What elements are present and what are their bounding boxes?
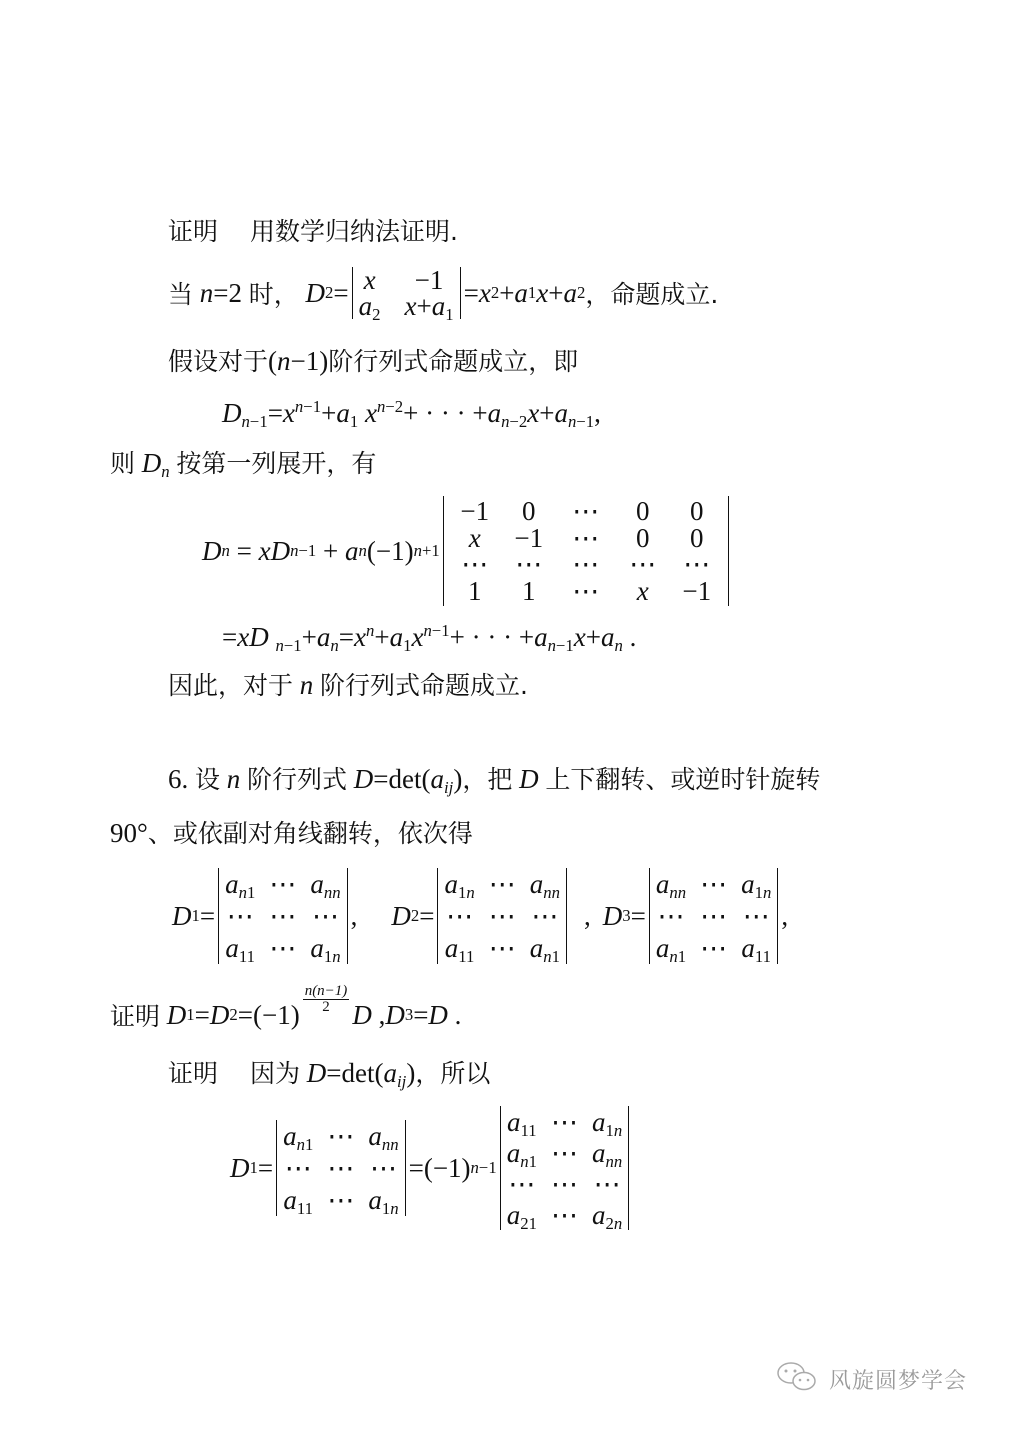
final-formula: D1= an1⋯ann ⋯⋯⋯ a11⋯a1n =(−1)n−1 a11⋯a1n… — [230, 1104, 632, 1232]
d1-determinant: an1⋯ann ⋯⋯⋯ a11⋯a1n — [218, 868, 348, 964]
problem-text-cont: 、或依副对角线翻转，依次得 — [148, 819, 473, 848]
expansion-formula: Dn = xDn−1 + an(−1)n+1 −10⋯00 x−1⋯00 ⋯⋯⋯… — [202, 496, 732, 606]
problem-text-c: ，把 — [462, 765, 512, 794]
proof-intro-line: 证明用数学归纳法证明. — [168, 214, 458, 249]
claim-line: 证明 D1=D2=(−1)n(n−1)2D , D3=D . — [110, 990, 461, 1040]
base-case-suffix: 时， — [249, 275, 299, 311]
d2-flipped-determinant: a1n⋯ann ⋯⋯⋯ a11⋯an1 — [437, 868, 567, 964]
conclusion-line: 因此，对于 n 阶行列式命题成立. — [168, 668, 528, 703]
exponent-fraction: n(n−1)2 — [303, 984, 350, 1015]
watermark: 风旋圆梦学会 — [775, 1360, 967, 1399]
problem-text-b: 阶行列式 — [247, 765, 347, 794]
claim-label: 证明 — [110, 997, 160, 1033]
d3-determinant: ann⋯a1n ⋯⋯⋯ an1⋯a11 — [649, 868, 779, 964]
conclusion-post: 阶行列式命题成立. — [320, 671, 528, 700]
flipped-determinants: D1= an1⋯ann ⋯⋯⋯ a11⋯a1n , D2= a1n⋯ann ⋯⋯… — [172, 866, 788, 966]
d2-symbol: D — [306, 278, 326, 309]
exponent-denominator: 2 — [322, 1000, 330, 1015]
proof-6-text-a: 因为 — [250, 1059, 300, 1088]
det-cell: x+a1 — [405, 293, 454, 319]
proof-6-line: 证明因为 D=det(aij)，所以 — [168, 1056, 490, 1091]
problem-6-statement-cont: 90°、或依副对角线翻转，依次得 — [110, 816, 473, 851]
proof-6-label: 证明 — [168, 1059, 218, 1088]
problem-text-a: 设 — [195, 765, 220, 794]
problem-6-statement: 6. 设 n 阶行列式 D=det(aij)，把 D 上下翻转、或逆时针旋转 — [168, 762, 820, 797]
det-cell: a2 — [359, 293, 381, 319]
base-case-line: 当 n=2 时， D2= x−1 a2x+a1 =x2+a1x+a2，命题成立. — [168, 262, 718, 324]
proof-label: 证明 — [168, 217, 218, 246]
conclusion-pre: 因此，对于 — [168, 671, 293, 700]
base-case-prefix: 当 — [168, 275, 193, 311]
hypothesis-formula: Dn−1=xn−1+a1 xn−2+ · · · +an−2x+an−1, — [222, 396, 601, 430]
expansion-post: 按第一列展开，有 — [176, 449, 376, 478]
base-case-tail: ，命题成立. — [585, 275, 718, 311]
d2-determinant: x−1 a2x+a1 — [352, 267, 461, 319]
final-rearranged-determinant: a11⋯a1n an1⋯ann ⋯⋯⋯ a21⋯a2n — [500, 1106, 630, 1230]
problem-text-d: 上下翻转、或逆时针旋转 — [545, 765, 820, 794]
det-cell: −1 — [415, 267, 444, 293]
base-case-condition: n — [200, 278, 214, 309]
hypothesis-text-pre: 假设对于 — [168, 347, 268, 376]
final-d1-determinant: an1⋯ann ⋯⋯⋯ a11⋯a1n — [276, 1120, 406, 1216]
wechat-icon — [775, 1360, 819, 1399]
expansion-result: =xD n−1+an=xn+a1xn−1+ · · · +an−1x+an . — [222, 620, 636, 654]
proof-method-text: 用数学归纳法证明. — [250, 217, 458, 246]
dn-determinant: −10⋯00 x−1⋯00 ⋯⋯⋯⋯⋯ 11⋯x−1 — [443, 496, 729, 606]
expansion-pre: 则 — [110, 449, 135, 478]
proof-6-text-b: ，所以 — [415, 1059, 490, 1088]
expansion-intro-line: 则 Dn 按第一列展开，有 — [110, 446, 376, 481]
hypothesis-line: 假设对于(n−1)阶行列式命题成立，即 — [168, 344, 578, 379]
hypothesis-text-post: 阶行列式命题成立，即 — [328, 347, 578, 376]
watermark-text: 风旋圆梦学会 — [829, 1364, 967, 1395]
exponent-numerator: n(n−1) — [303, 984, 350, 1000]
problem-number: 6. — [168, 764, 188, 794]
det-cell: x — [364, 267, 376, 293]
